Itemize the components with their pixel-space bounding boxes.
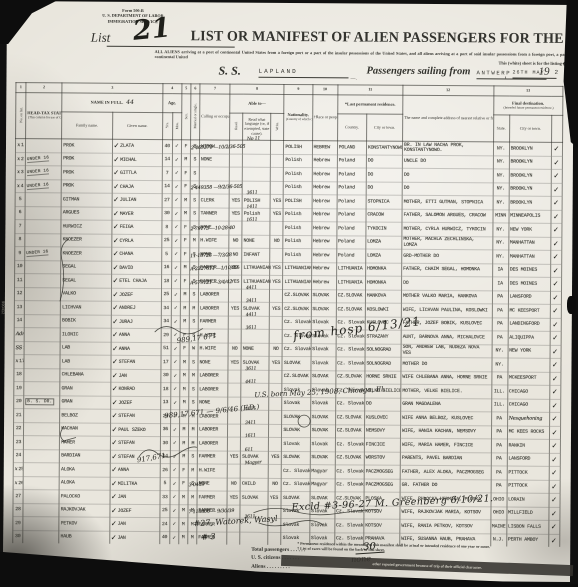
cell-ci: KONSTANTYNOWO <box>366 141 402 155</box>
cell-y: 30 <box>160 437 170 451</box>
manifest-body: x1PROK✓ZLATA40✓FMWIDOWNo 112-469370 —10/… <box>13 139 563 547</box>
cell-re: MOTHER, CYRLA HURWICZ, TYKOCIN <box>402 222 493 236</box>
cell-g: ✓ANNA <box>111 328 161 342</box>
cell-ht <box>24 301 60 315</box>
cell-sx: F <box>181 234 190 248</box>
cell-g: ✓ETEL CHAJA <box>111 274 161 288</box>
fineprint-text: other reputed government because of trip… <box>372 562 481 570</box>
cell-y: 25 <box>161 288 171 302</box>
cell-st: MINN <box>492 209 508 223</box>
cell-f: BARDIAN <box>60 449 110 463</box>
cell-de: NEW YORK <box>508 345 550 359</box>
cell-re: GRD-MOTHER DO <box>402 249 493 263</box>
cell-y: 7 <box>162 167 172 181</box>
ship-dash: —. <box>350 75 356 81</box>
header-country: Country. <box>337 114 366 141</box>
cell-rd: NO <box>228 343 241 357</box>
cell-ra: Magyar <box>310 465 335 479</box>
cell-y: 34 <box>161 302 171 316</box>
cell-oc: H.WIFE <box>199 234 229 248</box>
cell-st: PA <box>491 412 507 426</box>
cell-lg <box>243 154 271 168</box>
cell-ms: M <box>190 234 199 248</box>
cell-ra: Magyar <box>310 478 335 492</box>
cell-re: GR. FATHER DO <box>400 479 491 493</box>
cell-f: ARGUES <box>61 206 111 220</box>
cell-no: 24 <box>13 449 23 463</box>
cell-y: 26 <box>160 464 170 478</box>
cell-ci: HOMONKA <box>365 263 401 277</box>
passenger-manifest-table: 1 2 3 4 5 6 7 8 9 10 11 12 13 No. on lis… <box>12 82 563 547</box>
cell-m: ✓ <box>170 396 179 410</box>
cell-ht <box>23 436 59 450</box>
manifest-paper: Form 500-B U. S. DEPARTMENT OF LABOR IMM… <box>3 1 574 582</box>
cell-st: ILL. <box>491 385 507 399</box>
cell-ms: M <box>188 531 197 544</box>
colnum-4: 4 <box>163 84 182 94</box>
cell-ec: ✓ <box>549 534 560 547</box>
cell-ht <box>24 422 60 436</box>
cell-f: PROK <box>62 166 112 180</box>
cell-wr <box>269 410 282 424</box>
cell-wr <box>270 316 283 330</box>
cell-sx: M <box>179 437 188 451</box>
cell-sx: F <box>181 221 190 235</box>
cell-y: 14 <box>162 153 172 167</box>
cell-m: ✓ <box>170 437 179 451</box>
cell-co: Cz. Slovak <box>336 343 365 357</box>
cell-m: ✓ <box>170 423 179 437</box>
cell-m: ✓ <box>171 356 180 370</box>
cell-ec: ✓ <box>551 183 562 197</box>
cell-g: ✓STEFAN <box>110 355 160 369</box>
cell-ra: Hebrew <box>312 168 337 182</box>
cell-rd <box>228 424 241 438</box>
cell-st: NY. <box>491 358 507 372</box>
cell-co: LITHUANIA <box>336 276 365 290</box>
header-city: City or town. <box>366 114 402 141</box>
cell-ra: SLOVAK <box>310 370 335 384</box>
cell-f: GRAN <box>60 395 110 409</box>
cell-ht <box>25 233 61 247</box>
cell-na: Cz. Slovak <box>282 464 310 478</box>
cell-wr <box>271 154 284 168</box>
cell-na: CZ.SLOVAK <box>283 289 311 303</box>
cell-f: LAB <box>60 341 110 355</box>
cell-ht <box>23 463 59 477</box>
cell-sx: M <box>181 207 190 221</box>
comma: , <box>504 71 506 80</box>
cell-ec: ✓ <box>550 250 561 264</box>
cell-wr: NO <box>269 343 282 357</box>
cell-rd: YES <box>228 356 241 370</box>
cell-f: GRAN <box>60 382 110 396</box>
cell-ci: CRACOW <box>366 209 402 223</box>
cell-g: ✓FEIGA <box>111 220 161 234</box>
cell-ht <box>23 449 59 463</box>
colnum-9: 9 <box>284 84 312 94</box>
cell-st: IA <box>492 277 508 291</box>
cell-f: ILONIC <box>60 328 110 342</box>
cell-lg: No 112-469370 —10/2/36-505 <box>243 140 271 154</box>
cell-st: PA <box>491 479 507 493</box>
cell-na: CZ.SLOVAK <box>282 370 310 384</box>
handwritten-44: 44 <box>126 98 134 105</box>
cell-co: Poland <box>337 181 366 195</box>
cell-ec: ✓ <box>550 331 561 345</box>
cell-ms: M <box>189 369 198 383</box>
cell-m: ✓ <box>170 491 179 505</box>
cell-no: 22 <box>13 422 23 436</box>
cell-sx: M <box>180 288 189 302</box>
cell-y: 25 <box>162 234 172 248</box>
cell-na: Slovak <box>282 437 310 451</box>
cell-no: 27 <box>13 490 23 504</box>
cell-ci: LOMZA <box>366 236 402 250</box>
cell-g: ✓MILITKA <box>110 477 160 491</box>
cell-wr <box>271 167 284 181</box>
cell-oc: FARMER <box>198 315 228 329</box>
cell-y: 24 <box>160 518 170 532</box>
cell-de: MANHATTAN <box>508 250 550 264</box>
cell-no: x1 <box>15 139 25 153</box>
cell-f: PETKOV <box>59 517 109 531</box>
cell-co: CZ.SLOVAK <box>335 451 364 465</box>
header-name-in-full: NAME IN FULL.44 <box>62 93 163 113</box>
cell-wr <box>269 397 282 411</box>
cell-f: PALOCKO <box>59 490 109 504</box>
cell-g: ✓JOZEF <box>111 288 161 302</box>
cell-g: ✓KONRAD <box>110 382 160 396</box>
cell-re: WIFE CHLEBANA ANNA, HORNE SRNIE <box>401 371 492 385</box>
cell-na: SLOVAK <box>282 410 310 424</box>
cell-y: 27 <box>162 194 172 208</box>
cell-m: ✓ <box>172 153 181 167</box>
cell-oc: LABORER <box>198 302 228 316</box>
cell-rd: YES <box>228 302 241 316</box>
cell-g: ✓JULIAN <box>112 193 162 207</box>
cell-ra: SLOVAK <box>311 303 336 317</box>
cell-de: MILLFIELD <box>506 507 548 521</box>
year-printed: 19 <box>538 66 549 78</box>
cell-lg: LITHUANIANA-2327611 —1/10/29 <box>242 262 270 276</box>
cell-oc: H.WIFE <box>197 464 227 478</box>
cell-de: RANKIN <box>507 439 549 453</box>
cell-ht <box>23 490 59 504</box>
cell-wr: YES CZ. <box>268 491 281 505</box>
cell-y: 14 <box>162 180 172 194</box>
cell-ec: ✓ <box>550 318 561 332</box>
ship-name: LAPLAND <box>258 68 348 79</box>
cell-rd <box>228 370 241 384</box>
cell-m: ✓ <box>172 234 181 248</box>
cell-de: DES MOINES <box>508 264 550 278</box>
cell-ci: SOLNOGRAD <box>365 344 401 358</box>
cell-rd <box>229 167 242 181</box>
cell-ec: ✓ <box>550 385 561 399</box>
cell-ra: SLOVAK <box>310 411 335 425</box>
fineprint-band: other reputed government because of trip… <box>281 555 573 576</box>
cell-y: 17 <box>161 356 171 370</box>
sailing-date: 26TH MAY <box>512 70 556 79</box>
cell-no: x25 <box>13 463 23 477</box>
cell-y: 25 <box>160 504 170 518</box>
cell-rd: YES <box>227 491 240 505</box>
cell-ms: S <box>189 288 198 302</box>
cell-y: 30 <box>162 207 172 221</box>
cell-ec: ✓ <box>550 264 561 278</box>
cell-oc: LABORER <box>198 383 228 397</box>
cell-no: 30 <box>13 530 23 543</box>
cell-ra: Hebrew <box>312 154 337 168</box>
cell-ci: DO <box>364 398 400 412</box>
cell-de: PITTOCK <box>507 480 549 494</box>
cell-de: LANDINGFORD <box>508 318 550 332</box>
cell-ht <box>24 287 60 301</box>
cell-ms: S <box>189 396 198 410</box>
cell-m: ✓ <box>171 369 180 383</box>
cell-ms: S <box>190 167 199 181</box>
cell-co: Cz. Slovak <box>334 519 363 533</box>
cell-de: LANSFORD <box>507 453 549 467</box>
cell-ms: S <box>190 153 199 167</box>
cell-ci: NEMSOVY <box>364 425 400 439</box>
cell-m: ✓ <box>171 275 180 289</box>
cell-rd <box>227 464 240 478</box>
cell-y: 30 <box>161 369 171 383</box>
cell-g: ✓CYRLA <box>111 234 161 248</box>
cell-st: PA <box>491 452 507 466</box>
cell-ra: Hebrew <box>312 195 337 209</box>
cell-co: POLAND <box>337 141 366 155</box>
cell-f: ALOKA <box>59 463 109 477</box>
cell-sx: F <box>181 180 190 194</box>
cell-st: NY. <box>493 182 509 196</box>
cell-ht <box>23 503 59 517</box>
left-edge-number: 990412 <box>1 301 6 314</box>
cell-re: MOTHER, MACHLA ZECHLINSKA, LOMZA <box>402 236 493 250</box>
cell-co: Poland <box>337 195 366 209</box>
colnum-2: 2 <box>26 83 62 93</box>
cell-y: 36 <box>160 423 170 437</box>
cell-lg: CHILD3-0469 <box>240 478 268 492</box>
cell-ra: Slovak <box>311 343 336 357</box>
cell-m: ✓ <box>172 140 181 154</box>
cell-oc: LABORER <box>198 369 228 383</box>
cell-st: NY. <box>492 223 508 237</box>
cell-lg <box>240 532 268 545</box>
cell-m: ✓ <box>171 288 180 302</box>
cell-ci: SOLNOGRAD <box>365 357 401 371</box>
cell-re: GRAN MAGDALENA <box>401 398 492 412</box>
cell-wr: NO <box>270 235 283 249</box>
cell-wr <box>268 532 281 545</box>
cell-f: BOBIK <box>60 314 110 328</box>
cell-ht <box>25 260 61 274</box>
cell-y: 51 <box>161 342 171 356</box>
cell-ht <box>23 530 59 543</box>
cell-st: PA <box>492 317 508 331</box>
cell-oc <box>199 167 229 181</box>
cell-co: Cz. Slovak <box>335 465 364 479</box>
cell-no: 5 <box>15 193 25 207</box>
cell-sx: M <box>179 450 188 464</box>
cell-ht <box>25 220 61 234</box>
cell-g: ✓JOZEF <box>110 396 160 410</box>
cell-de: BROOKLYN <box>509 142 551 156</box>
cell-ms: S <box>190 194 199 208</box>
cell-m: ✓ <box>171 383 180 397</box>
cell-ec: ✓ <box>551 156 562 170</box>
cell-sx: F <box>181 140 190 154</box>
cell-ht <box>26 139 62 153</box>
cell-g: ✓JURAJ <box>111 315 161 329</box>
cell-co: LITHUANIA <box>336 262 365 276</box>
cell-y: 13 <box>160 396 170 410</box>
cell-ht <box>23 517 59 531</box>
cell-ci: HANKOVA <box>365 290 401 304</box>
header-no-on-list: No. on list. <box>16 93 26 139</box>
cell-y: 8 <box>162 221 172 235</box>
cell-rd <box>227 532 240 545</box>
cell-f: HURWICZ <box>61 220 111 234</box>
colnum-3: 3 <box>62 83 163 94</box>
cell-st: PA <box>491 466 507 480</box>
cell-y: 18 <box>161 275 171 289</box>
header-able-to: Able to— <box>230 94 284 113</box>
cell-de: MC KEESPORT <box>508 304 550 318</box>
cell-st: NY. <box>493 196 509 210</box>
cell-co: Poland <box>337 154 366 168</box>
cell-ec: ✓ <box>549 493 560 507</box>
cell-ec: ✓ <box>551 196 562 210</box>
cell-sx: F <box>181 167 190 181</box>
cell-ht: B. S. DR. <box>24 395 60 409</box>
cell-ms: M <box>188 491 197 505</box>
cell-m: ✓ <box>170 531 179 544</box>
cell-re: MOTHER DO <box>401 357 492 371</box>
cell-ec: ✓ <box>550 372 561 386</box>
cell-g: ✓JAN <box>110 490 160 504</box>
cell-ci: PACZMOGSEG <box>364 465 400 479</box>
cell-ht <box>24 409 60 423</box>
cell-g: ✓JAN <box>109 531 159 544</box>
cell-m: ✓ <box>170 464 179 478</box>
cell-ht <box>24 382 60 396</box>
cell-m: ✓ <box>171 315 180 329</box>
header-calling: Calling or occupation. <box>200 94 230 140</box>
cell-wr: YES <box>270 208 283 222</box>
cell-de: BROOKLYN <box>509 196 551 210</box>
cell-f: KACHAN <box>60 422 110 436</box>
cell-ec: ✓ <box>551 169 562 183</box>
cell-ci: KUSLOVEC <box>364 411 400 425</box>
cell-ra: Hebrew <box>311 235 336 249</box>
cell-ra: HEBREW <box>312 141 337 155</box>
cell-sx: M <box>181 153 190 167</box>
cell-re: MOTHER, ETTI GUTMAN, STOPNICA <box>402 195 493 209</box>
cell-ec: ✓ <box>549 520 560 534</box>
cell-f: HAMER <box>60 436 110 450</box>
cell-oc: NONE <box>199 153 229 167</box>
cell-g: ✓STEFAN <box>110 409 160 423</box>
cell-oc: FARMER <box>197 491 227 505</box>
cell-de: MANHATTAN <box>508 237 550 251</box>
cell-y: 29 <box>161 329 171 343</box>
cell-sx: M <box>179 504 188 518</box>
cell-co: Cz. Slovak <box>335 478 364 492</box>
cell-m: ✓ <box>172 180 181 194</box>
cell-no: 8 <box>15 233 25 247</box>
cell-f: CHLEBANA <box>60 368 110 382</box>
cell-ht <box>23 476 59 490</box>
cell-y: 5 <box>160 477 170 491</box>
colnum-1: 1 <box>16 83 26 93</box>
cell-re: WIFE, RANIA PETKOV, KOTSOV <box>400 519 491 533</box>
cell-f: VALKO <box>61 287 111 301</box>
header-married-single: Married or single. <box>190 94 199 140</box>
cell-re: FATHER, CHAIM SEGAL, HOMONKA <box>402 263 493 277</box>
cell-lg: NONE <box>241 343 269 357</box>
cell-st: NY. <box>493 169 509 183</box>
cell-re: FATHER, SALOMON ARGUES, CRACOW <box>402 209 493 223</box>
cell-no: 11 <box>15 274 25 288</box>
cell-re: MOTHER VALKO MARIA, HANKOVA <box>401 290 492 304</box>
cell-g: ✓ANDREJ <box>111 301 161 315</box>
cell-g: ✓PAUL SZEKO <box>110 423 160 437</box>
cell-na: Slovak <box>281 518 309 532</box>
cell-st: PA <box>491 425 507 439</box>
cell-y: 5 <box>161 248 171 262</box>
cell-f: LICHVAN <box>61 301 111 315</box>
cell-re: AUNT, BARNOVA ANNA, MICHALOVCE <box>401 330 492 344</box>
cell-ra: Hebrew <box>311 262 336 276</box>
cell-st: ILL. <box>491 398 507 412</box>
cell-y: 18 <box>161 383 171 397</box>
cell-re: MOTHER, VELKE BIELICE. <box>401 384 492 398</box>
cell-m: ✓ <box>172 221 181 235</box>
scan-edge-blob <box>567 296 576 314</box>
cell-sx: M <box>180 261 189 275</box>
cell-f: ALOKA <box>59 476 109 490</box>
cell-st: IA <box>492 263 508 277</box>
list-label: List <box>91 30 111 46</box>
cell-m: ✓ <box>172 207 181 221</box>
cell-no: 21 <box>14 409 24 423</box>
cell-sx: M <box>180 369 189 383</box>
cell-no: 19 <box>14 382 24 396</box>
table-header: 1 2 3 4 5 6 7 8 9 10 11 12 13 No. on lis… <box>16 83 563 143</box>
cell-no: 18 <box>14 368 24 382</box>
cell-ms: M <box>188 423 197 437</box>
cell-re: FATHER, ALEX ALOKA, PACZMOGSEG <box>400 465 491 479</box>
cell-y: 40 <box>159 531 169 544</box>
cell-no: Adm15 <box>14 328 24 342</box>
cell-ci: KOTSOV <box>364 519 400 533</box>
cell-ra: Slovak <box>309 519 334 533</box>
cell-ht <box>24 314 60 328</box>
cell-st: PA <box>492 331 508 345</box>
cell-lg: SLOVAK <box>240 491 268 505</box>
sailing-label: Passengers sailing from <box>367 66 471 78</box>
cell-ci: WORSTOV <box>364 452 400 466</box>
cell-ec: ✓ <box>551 142 562 156</box>
cell-co: CZ.SLOVAK <box>336 289 365 303</box>
cell-co: Poland <box>336 249 365 263</box>
cell-rd: YES <box>229 208 242 222</box>
cell-oc: CLERK <box>199 194 229 208</box>
cell-na: SLOVAK <box>282 424 310 438</box>
